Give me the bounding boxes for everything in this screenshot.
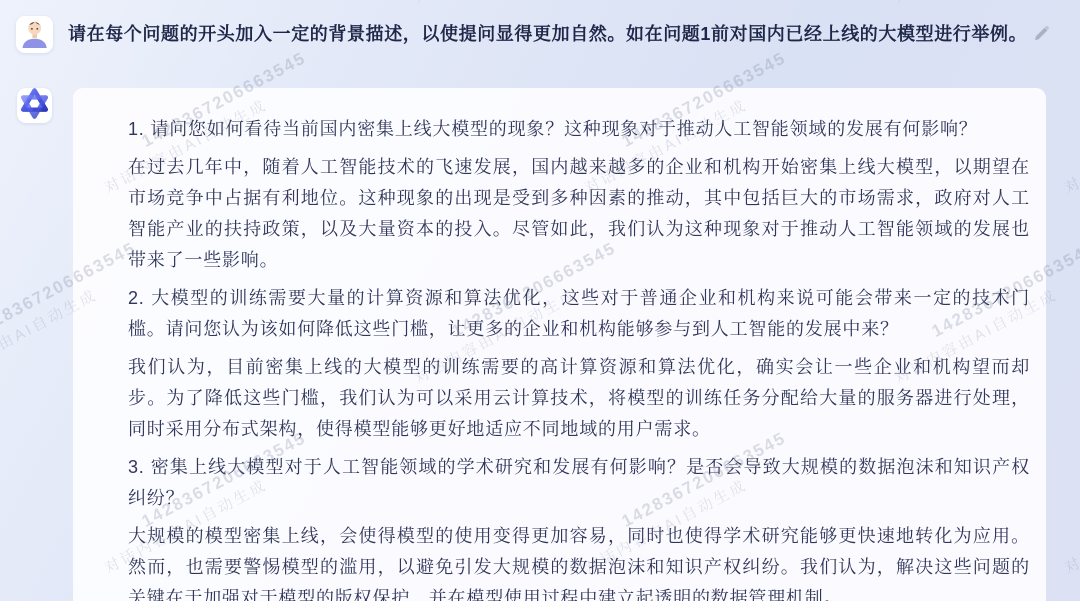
answer-2: 我们认为，目前密集上线的大模型的训练需要的高计算资源和算法优化，确实会让一些企业… [128,352,1030,445]
assistant-message-card: 1. 请问您如何看待当前国内密集上线大模型的现象？这种现象对于推动人工智能领域的… [73,88,1046,613]
watermark: 1428367206663545对话内容由AI自动生成 [400,0,631,8]
person-avatar-icon [16,16,53,53]
question-1: 1. 请问您如何看待当前国内密集上线大模型的现象？这种现象对于推动人工智能领域的… [128,114,1030,145]
watermark: 1428367206663545对话内容由AI自动生成 [0,0,151,8]
chat-screen: 请在每个问题的开头加入一定的背景描述，以使提问显得更加自然。如在问题1前对国内已… [0,0,1080,613]
question-2: 2. 大模型的训练需要大量的计算资源和算法优化，这些对于普通企业和机构来说可能会… [128,283,1030,345]
edit-icon[interactable] [1032,25,1050,43]
question-3: 3. 密集上线大模型对于人工智能领域的学术研究和发展有何影响？是否会导致大规模的… [128,452,1030,514]
assistant-avatar [17,88,52,123]
answer-3: 大规模的模型密集上线，会使得模型的使用变得更加容易，同时也使得学术研究能够更快速… [128,521,1030,613]
answer-1: 在过去几年中，随着人工智能技术的飞速发展，国内越来越多的企业和机构开始密集上线大… [128,152,1030,276]
tongyi-logo-icon [17,88,52,123]
user-message-text: 请在每个问题的开头加入一定的背景描述，以使提问显得更加自然。如在问题1前对国内已… [68,16,1027,53]
watermark: 1428367206663545对话内容由AI自动生成 [880,0,1080,8]
watermark: 1428367206663545对话内容由AI自动生成 [1050,428,1080,578]
user-message-row: 请在每个问题的开头加入一定的背景描述，以使提问显得更加自然。如在问题1前对国内已… [16,16,1064,53]
bottom-strip [0,601,1080,613]
user-avatar [16,16,53,53]
watermark: 1428367206663545对话内容由AI自动生成 [1050,48,1080,198]
